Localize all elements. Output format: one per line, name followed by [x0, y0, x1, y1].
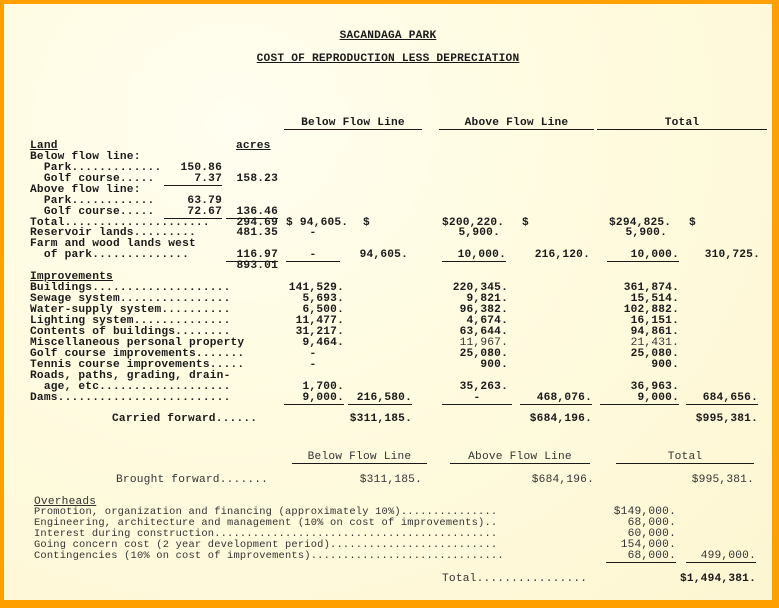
dollar-sign: $	[689, 218, 696, 229]
grand-total-amount: $1,494,381.	[654, 574, 756, 585]
improvement-above: 35,263.	[442, 382, 508, 393]
land-acres: 150.86	[164, 163, 222, 174]
improvement-above: 11,967.	[442, 338, 508, 349]
overhead-amount: 68,000.	[606, 551, 676, 563]
improvement-above: 63,644.	[442, 327, 508, 338]
column-header-total-2: Total	[616, 452, 754, 464]
column-header-total: Total	[597, 118, 767, 130]
document-page: SACANDAGA PARK COST OF REPRODUCTION LESS…	[4, 4, 772, 600]
document-title: SACANDAGA PARK	[4, 31, 772, 42]
improvement-above: 900.	[442, 360, 508, 371]
improvement-total: 21,431.	[607, 338, 679, 349]
improvements-subtotal-below: 216,580.	[348, 393, 412, 405]
acres-sum: 893.01	[226, 261, 278, 272]
improvement-below: 5,693.	[286, 294, 344, 305]
improvement-label: Water-supply system..........	[30, 305, 231, 316]
carried-forward-above: $684,196.	[512, 414, 592, 425]
brought-forward-total: $995,381.	[664, 475, 754, 486]
improvements-subtotal-total: 684,656.	[686, 393, 758, 405]
land-label: Park............	[30, 196, 154, 207]
brought-forward-above: $684,196.	[504, 475, 594, 486]
improvement-label: Miscellaneous personal property	[30, 338, 244, 349]
overhead-label: Engineering, architecture and management…	[34, 518, 497, 529]
improvement-label: Roads, paths, grading, drain-	[30, 371, 231, 382]
brought-forward-below: $311,185.	[344, 475, 422, 486]
improvement-total: 94,861.	[607, 327, 679, 338]
improvement-above: 9,821.	[442, 294, 508, 305]
improvement-total: 900.	[607, 360, 679, 371]
reservoir-acres: 481.35	[226, 228, 278, 239]
section-heading-land: Land	[30, 141, 58, 152]
land-subtotal-below: 94,605.	[344, 250, 408, 261]
column-header-above: Above Flow Line	[439, 118, 594, 130]
carried-forward-label: Carried forward......	[112, 414, 257, 425]
column-header-below-2: Below Flow Line	[292, 452, 427, 464]
improvement-label: age, etc...................	[30, 382, 231, 393]
improvement-below: 9,000.	[284, 393, 344, 405]
carried-forward-below: $311,185.	[344, 414, 412, 425]
land-acres-sub: 158.23	[226, 174, 278, 185]
improvement-total: 36,963.	[607, 382, 679, 393]
improvement-below: -	[286, 349, 340, 360]
farm-label: Farm and wood lands west	[30, 239, 196, 250]
land-subtotal-total: 310,725.	[680, 250, 760, 261]
land-acres: 63.79	[164, 196, 222, 207]
improvement-below: 141,529.	[286, 283, 344, 294]
reservoir-label: Reservoir lands.........	[30, 228, 196, 239]
column-header-below: Below Flow Line	[284, 118, 422, 130]
reservoir-above: 5,900.	[442, 228, 500, 239]
overhead-label: Interest during construction............…	[34, 529, 497, 540]
overhead-amount: $149,000.	[600, 507, 676, 518]
improvement-below: 1,700.	[286, 382, 344, 393]
land-total-below: $ 94,605.	[286, 218, 348, 229]
improvement-above: 96,382.	[442, 305, 508, 316]
improvement-total: 15,514.	[607, 294, 679, 305]
improvement-label: Dams.........................	[30, 393, 231, 404]
section-heading-improvements: Improvements	[30, 272, 113, 283]
improvement-below: 9,464.	[286, 338, 344, 349]
brought-forward-label: Brought forward.......	[116, 475, 268, 486]
carried-forward-total: $995,381.	[680, 414, 758, 425]
overhead-amount: 68,000.	[600, 518, 676, 529]
farm-total: 10,000.	[607, 250, 679, 262]
overhead-label: Contingencies (10% on cost of improvemen…	[34, 551, 504, 562]
reservoir-total: 5,900.	[609, 228, 667, 239]
improvement-total: 102,882.	[607, 305, 679, 316]
farm-label-cont: of park..............	[30, 250, 189, 261]
improvement-below: -	[286, 360, 340, 371]
farm-above: 10,000.	[442, 250, 506, 262]
improvement-label: Tennis course improvements.....	[30, 360, 244, 371]
overheads-subtotal: 499,000.	[686, 551, 756, 563]
improvement-label: Sewage system................	[30, 294, 231, 305]
document-subtitle: COST OF REPRODUCTION LESS DEPRECIATION	[4, 54, 772, 65]
improvement-total: 9,000.	[600, 393, 679, 405]
overhead-amount: 60,000.	[600, 529, 676, 540]
improvement-total: 16,151.	[607, 316, 679, 327]
land-label: Golf course.....	[30, 207, 154, 218]
reservoir-below: -	[286, 228, 340, 239]
improvement-below: 11,477.	[286, 316, 344, 327]
improvement-below: 31,217.	[286, 327, 344, 338]
column-header-above-2: Above Flow Line	[450, 452, 590, 464]
improvement-total: 361,874.	[607, 283, 679, 294]
overhead-label: Promotion, organization and financing (a…	[34, 507, 497, 518]
overhead-label: Going concern cost (2 year development p…	[34, 540, 497, 551]
improvement-above: 4,674.	[442, 316, 508, 327]
farm-below: -	[286, 250, 340, 262]
improvement-above: -	[442, 393, 512, 405]
improvement-label: Buildings....................	[30, 283, 231, 294]
improvement-label: Lighting system..............	[30, 316, 231, 327]
acres-heading: acres	[236, 141, 271, 152]
land-acres: 7.37	[164, 174, 222, 186]
land-subtotal-above: 216,120.	[512, 250, 590, 261]
grand-total-label: Total................	[442, 574, 587, 585]
improvement-total: 25,080.	[607, 349, 679, 360]
land-label: Park.............	[30, 163, 161, 174]
dollar-sign: $	[363, 218, 370, 229]
improvement-label: Golf course improvements.......	[30, 349, 244, 360]
dollar-sign: $	[522, 218, 529, 229]
land-label: Below flow line:	[30, 152, 141, 163]
improvement-label: Contents of buildings........	[30, 327, 231, 338]
overhead-amount: 154,000.	[600, 540, 676, 551]
land-label: Above flow line:	[30, 185, 141, 196]
improvement-below: 6,500.	[286, 305, 344, 316]
improvements-subtotal-above: 468,076.	[520, 393, 592, 405]
improvement-above: 220,345.	[442, 283, 508, 294]
improvement-above: 25,080.	[442, 349, 508, 360]
land-label: Golf course.....	[30, 174, 154, 185]
